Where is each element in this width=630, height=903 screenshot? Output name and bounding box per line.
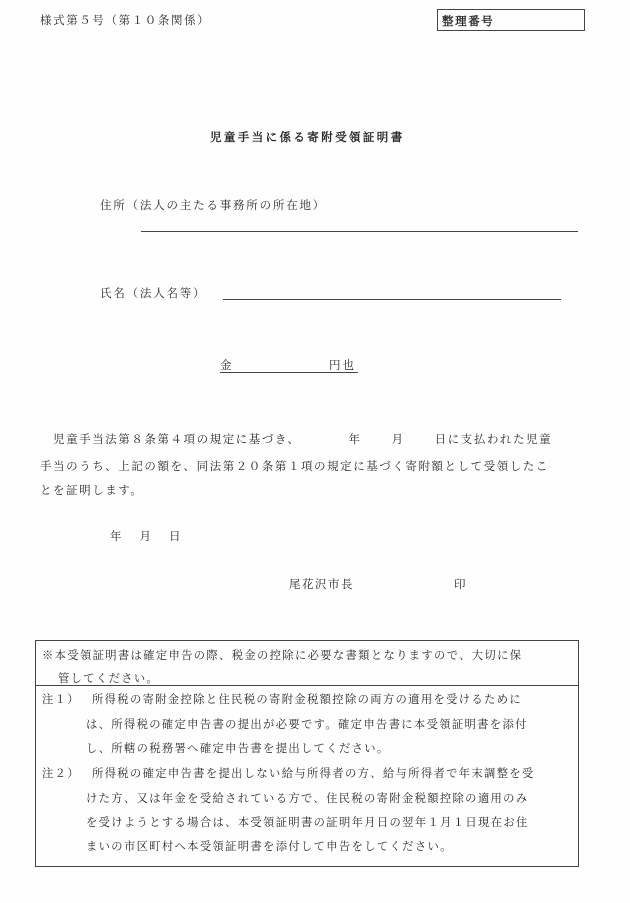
- address-label: 住所（法人の主たる事務所の所在地）: [100, 197, 326, 213]
- name-field[interactable]: [223, 299, 561, 300]
- body-line-2: 手当のうち、上記の額を、同法第２０条第１項の規定に基づく寄附額として受領したこ: [40, 458, 549, 474]
- keep-notice-line-2: 管してください。: [58, 670, 159, 686]
- body-line-3: とを証明します。: [40, 482, 143, 498]
- payment-month-label: 月: [392, 432, 405, 446]
- address-field[interactable]: [141, 231, 578, 232]
- seal-mark: 印: [454, 576, 466, 592]
- note-2-line: けた方、又は年金を受給されている方で、住民税の寄附金税額控除の適用のみ: [86, 790, 528, 806]
- keep-notice-line-1: ※本受領証明書は確定申告の際、税金の控除に必要な書類となりますので、大切に保: [42, 647, 522, 663]
- reference-number-label: 整理番号: [442, 14, 494, 28]
- issue-month-label: 月: [140, 528, 152, 544]
- issue-date: 年月日: [110, 528, 181, 544]
- note-2-line: まいの市区町村へ本受領証明書を添付して申告をしてください。: [86, 838, 453, 854]
- note-1-line: 所得税の寄附金控除と住民税の寄附金税額控除の両方の適用を受けるために: [92, 691, 522, 707]
- amount-field[interactable]: 金 円也: [220, 357, 358, 373]
- note-1-label: 注１）: [42, 691, 80, 707]
- note-1-line: は、所得税の確定申告書の提出が必要です。確定申告書に本受領証明書を添付: [86, 716, 528, 732]
- note-2-line: 所得税の確定申告書を提出しない給与所得者の方、給与所得者で年末調整を受: [92, 765, 535, 781]
- issue-day-label: 日: [169, 528, 181, 544]
- note-2-line: を受けようとする場合は、本受領証明書の証明年月日の翌年１月１日現在お住: [86, 814, 529, 830]
- body-line-1-text: 児童手当法第８条第４項の規定に基づき、: [40, 432, 301, 446]
- notes-box: ※本受領証明書は確定申告の際、税金の控除に必要な書類となりますので、大切に保 管…: [35, 640, 579, 867]
- issuer-title: 尾花沢市長: [289, 576, 354, 592]
- notes-divider: [36, 685, 578, 686]
- note-1-line: し、所轄の税務署へ確定申告書を提出してください。: [86, 740, 390, 756]
- note-2-label: 注２）: [42, 765, 80, 781]
- payment-day-label: 日に支払われた児童: [435, 432, 552, 446]
- body-line-1: 児童手当法第８条第４項の規定に基づき、年月日に支払われた児童: [40, 431, 552, 447]
- reference-number-field[interactable]: 整理番号: [437, 9, 585, 31]
- payment-year-label: 年: [349, 432, 362, 446]
- amount-prefix: 金: [220, 357, 232, 373]
- document-title: 児童手当に係る寄附受領証明書: [210, 129, 405, 145]
- issue-year-label: 年: [110, 528, 122, 544]
- amount-suffix: 円也: [329, 357, 356, 373]
- form-number: 様式第５号（第１０条関係）: [40, 12, 210, 28]
- name-label: 氏名（法人名等）: [100, 285, 206, 301]
